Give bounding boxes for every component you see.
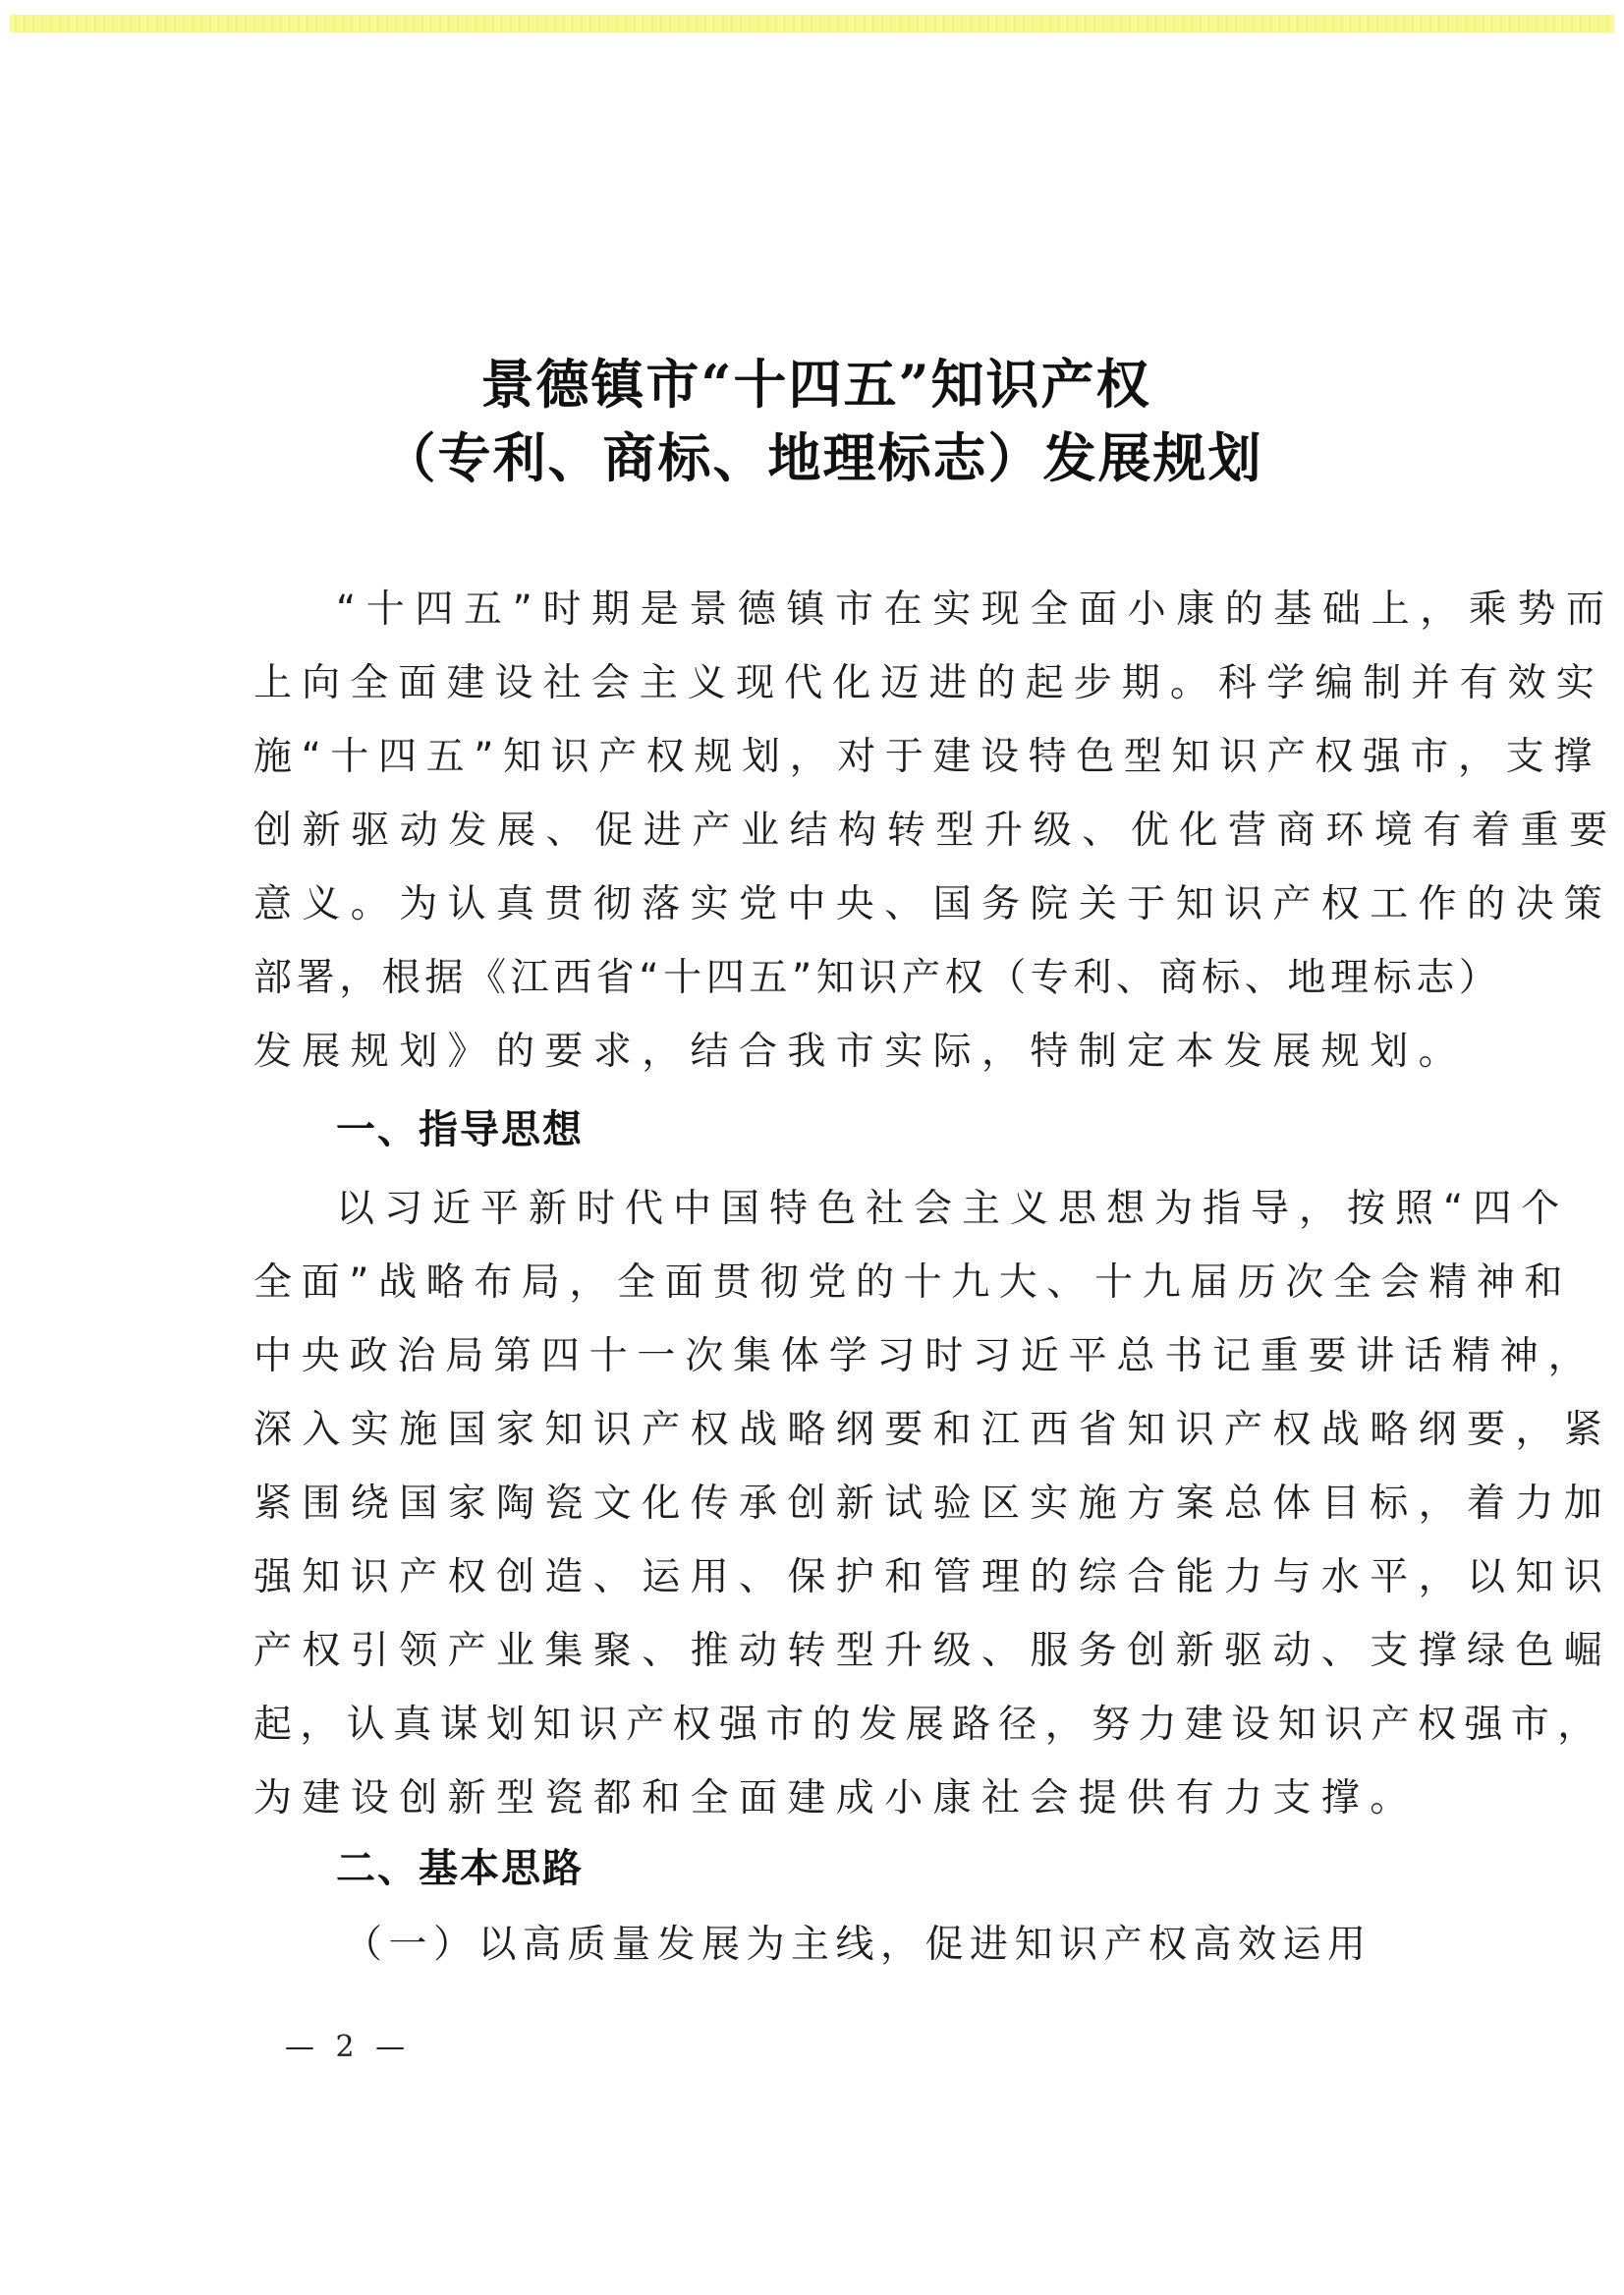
section-heading-guiding-ideology: 一、指导思想: [336, 1100, 584, 1159]
intro-line: 部署，根据《江西省“十四五”知识产权（专利、商标、地理标志）: [253, 941, 1370, 1015]
paragraph-line: 紧围绕国家陶瓷文化传承创新试验区实施方案总体目标，着力加: [253, 1467, 1370, 1540]
paragraph-line: 深入实施国家知识产权战略纲要和江西省知识产权战略纲要，紧: [253, 1393, 1370, 1467]
intro-line: 创新驱动发展、促进产业结构转型升级、优化营商环境有着重要: [253, 794, 1370, 868]
intro-line: 发展规划》的要求，结合我市实际，特制定本发展规划。: [253, 1015, 1370, 1089]
page-number: — 2 —: [285, 2030, 411, 2065]
paragraph-line: 以习近平新时代中国特色社会主义思想为指导，按照“四个: [253, 1172, 1370, 1246]
intro-line: “十四五”时期是景德镇市在实现全面小康的基础上，乘势而: [253, 573, 1370, 646]
document-title-line-1: 景德镇市“十四五”知识产权: [0, 349, 1624, 420]
paragraph-line: 强知识产权创造、运用、保护和管理的综合能力与水平，以知识: [253, 1540, 1370, 1614]
subsection-heading: （一）以高质量发展为主线，促进知识产权高效运用: [344, 1916, 1372, 1975]
paragraph-line: 产权引领产业集聚、推动转型升级、服务创新驱动、支撑绿色崛: [253, 1614, 1370, 1688]
intro-line: 上向全面建设社会主义现代化迈进的起步期。科学编制并有效实: [253, 646, 1370, 720]
intro-line: 施“十四五”知识产权规划，对于建设特色型知识产权强市，支撑: [253, 720, 1370, 794]
paragraph-line: 全面”战略布局，全面贯彻党的十九大、十九届历次全会精神和: [253, 1246, 1370, 1319]
paragraph-line: 中央政治局第四十一次集体学习时习近平总书记重要讲话精神，: [253, 1319, 1370, 1393]
document-title-line-2: （专利、商标、地理标志）发展规划: [0, 422, 1624, 493]
scan-edge-stripe: [10, 15, 1614, 32]
intro-line: 意义。为认真贯彻落实党中央、国务院关于知识产权工作的决策: [253, 868, 1370, 941]
paragraph-line: 为建设创新型瓷都和全面建成小康社会提供有力支撑。: [253, 1762, 1370, 1835]
guiding-ideology-paragraph: 以习近平新时代中国特色社会主义思想为指导，按照“四个 全面”战略布局，全面贯彻党…: [253, 1172, 1370, 1835]
paragraph-line: 起，认真谋划知识产权强市的发展路径，努力建设知识产权强市，: [253, 1688, 1370, 1762]
section-heading-basic-approach: 二、基本思路: [336, 1839, 584, 1898]
intro-paragraph: “十四五”时期是景德镇市在实现全面小康的基础上，乘势而 上向全面建设社会主义现代…: [253, 573, 1370, 1089]
